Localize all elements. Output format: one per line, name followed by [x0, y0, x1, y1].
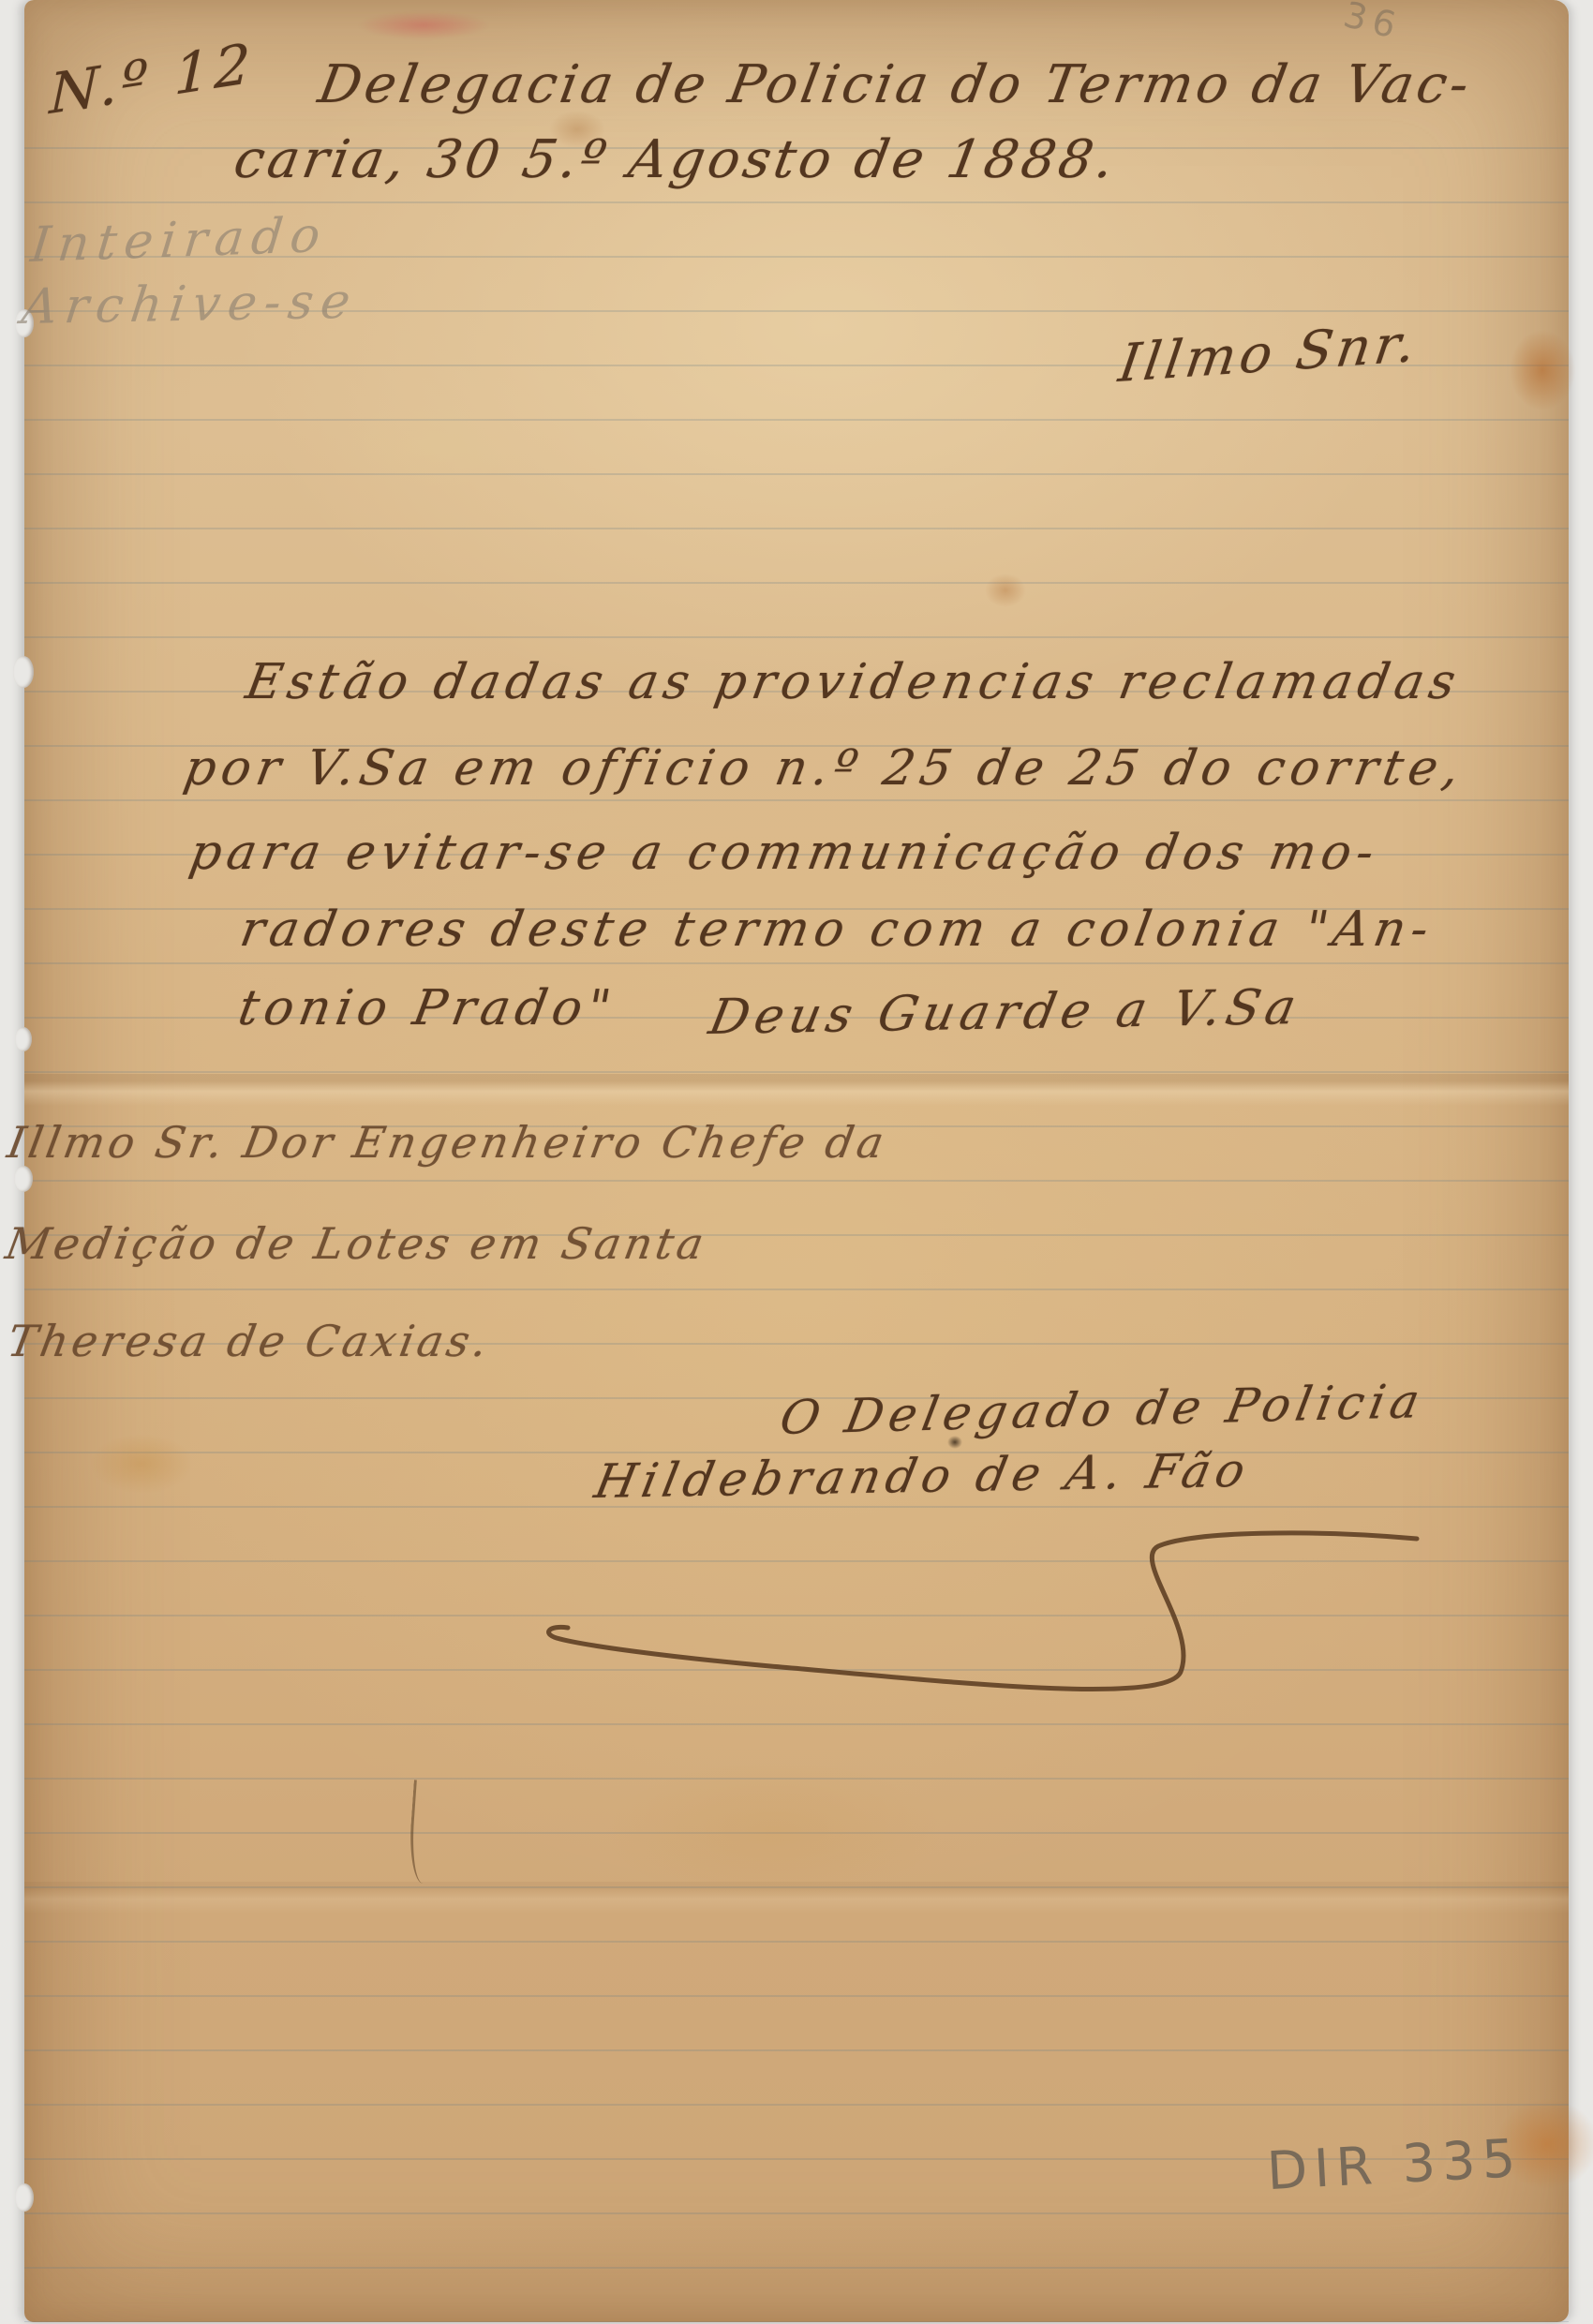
body-line-1: Estão dadas as providencias reclamadas — [242, 654, 1466, 710]
torn-edge-notch — [13, 656, 34, 688]
signature-name: Hildebrando de A. Fão — [590, 1443, 1255, 1509]
age-stain — [1510, 330, 1575, 410]
red-stamp-remnant — [358, 11, 489, 39]
torn-edge-notch — [14, 1166, 33, 1192]
pencil-note-line-1: Inteirado — [28, 207, 330, 274]
letterhead-line-2: caria, 30 5.º Agosto de 1888. — [230, 129, 1122, 190]
body-line-5: tonio Prado" — [234, 980, 620, 1036]
pencil-note-line-2: Archive-se — [19, 274, 361, 335]
body-line-4: radores deste termo com a colonia "An- — [236, 901, 1438, 958]
faded-patch — [334, 403, 540, 487]
body-line-3: para evitar-se a communicação dos mo- — [186, 825, 1384, 881]
body-line-2: por V.Sa em officio n.º 25 de 25 do corr… — [180, 740, 1469, 797]
age-stain — [985, 574, 1026, 607]
age-stain — [605, 1762, 943, 1902]
addressee-line-2: Medição de Lotes em Santa — [2, 1218, 711, 1269]
age-stain — [90, 1434, 193, 1494]
valediction: Deus Guarde a V.Sa — [705, 979, 1306, 1046]
fold-crease — [24, 1074, 1569, 1106]
letterhead-line-1: Delegacia de Policia do Termo da Vac- — [314, 54, 1477, 115]
addressee-line-1: Illmo Sr. Dor Engenheiro Chefe da — [4, 1117, 891, 1168]
scanned-letter-page: 36 N.º 12 Delegacia de Policia do Termo … — [0, 0, 1593, 2324]
fold-crease — [24, 1882, 1569, 1914]
addressee-line-3: Theresa de Caxias. — [4, 1316, 495, 1366]
torn-edge-notch — [15, 1027, 32, 1051]
torn-edge-notch — [15, 2183, 34, 2212]
